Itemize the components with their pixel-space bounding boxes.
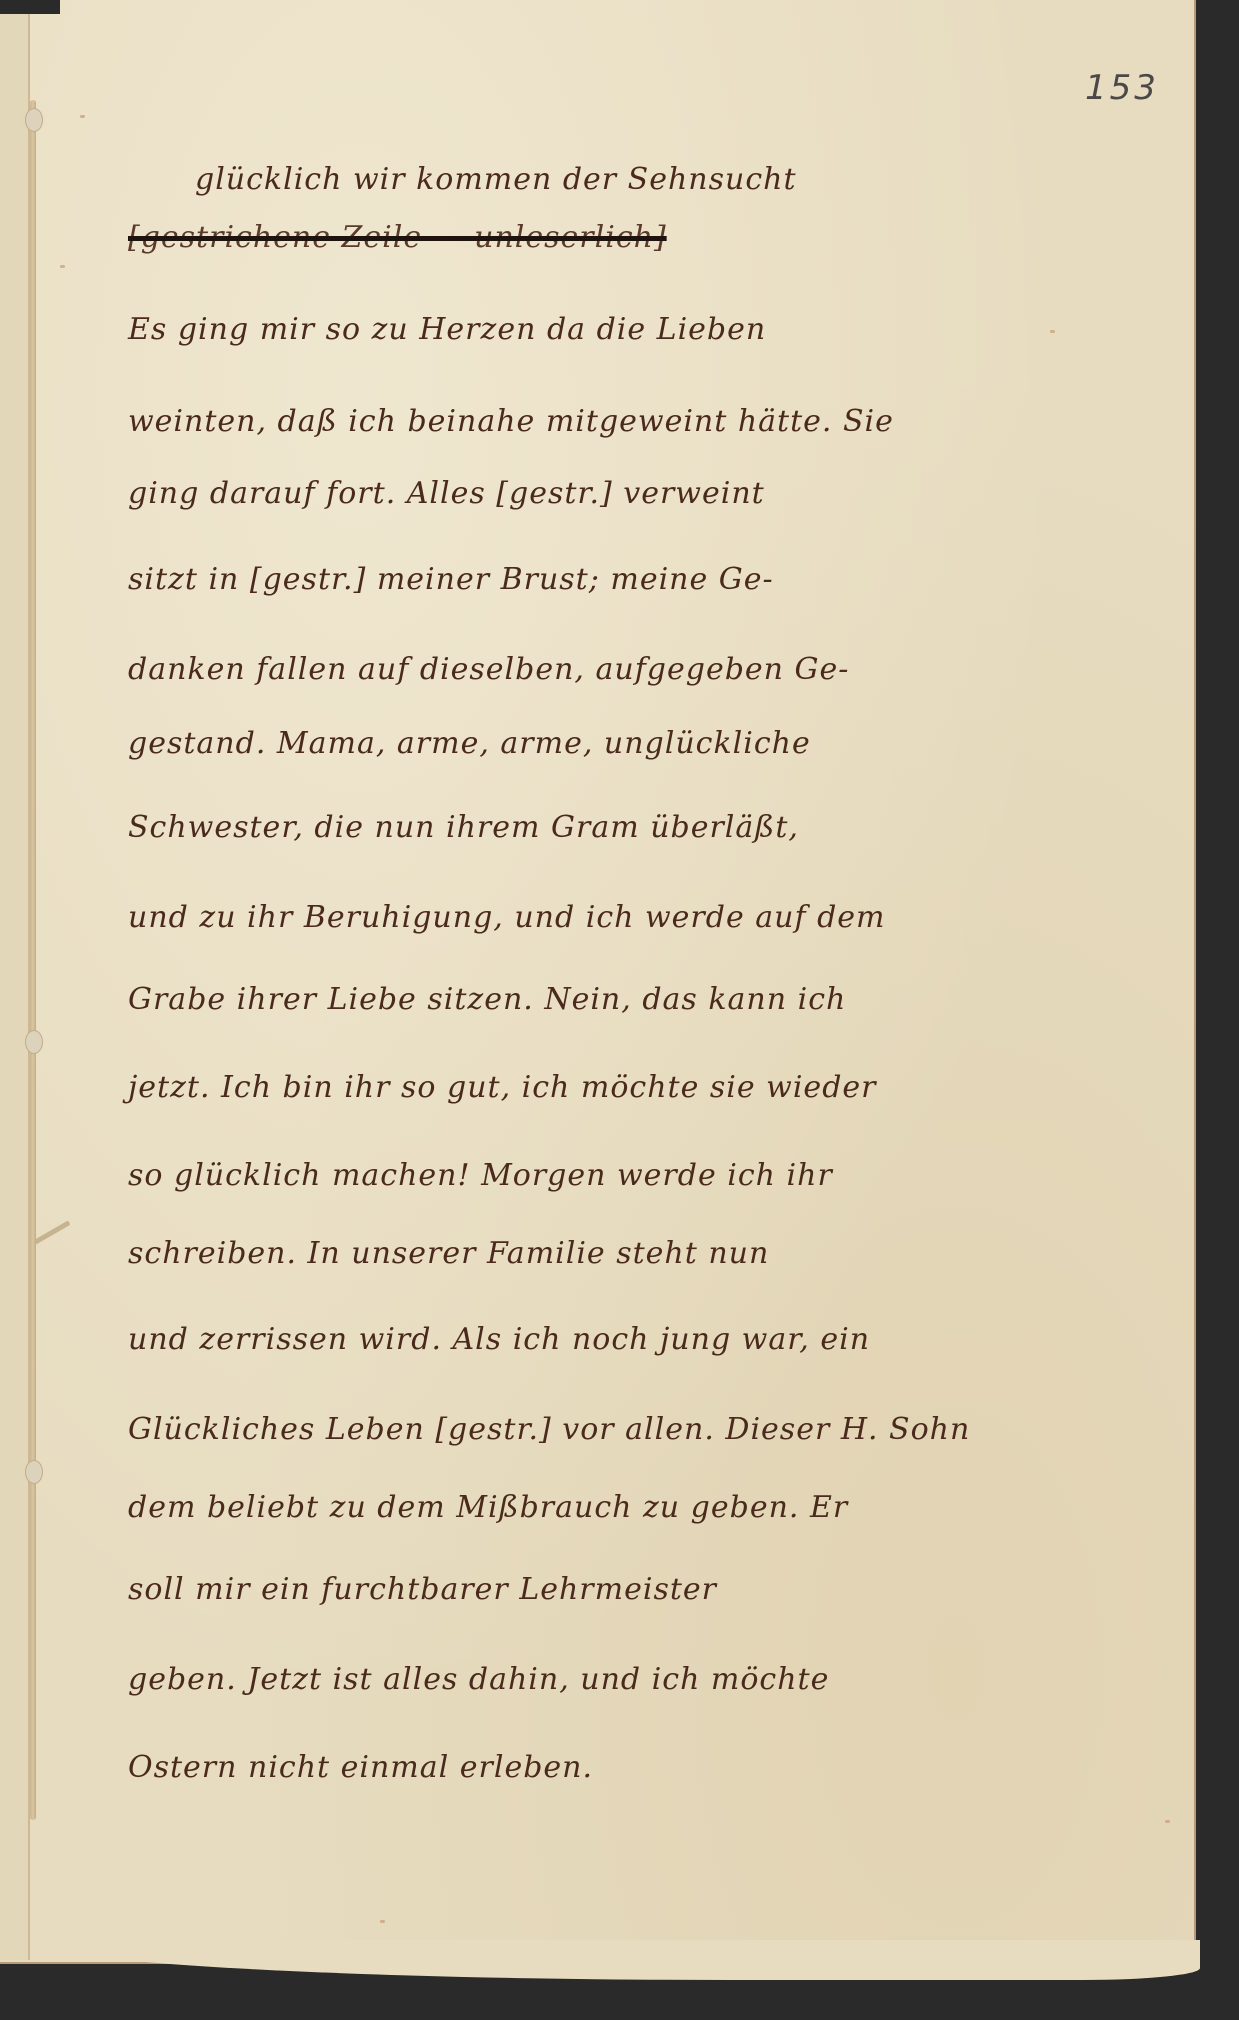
manuscript-line: gestand. Mama, arme, arme, unglückliche	[128, 726, 811, 761]
manuscript-line: soll mir ein furchtbarer Lehrmeister	[128, 1572, 717, 1607]
manuscript-line: Glückliches Leben [gestr.] vor allen. Di…	[128, 1412, 970, 1447]
manuscript-line: so glücklich machen! Morgen werde ich ih…	[128, 1158, 833, 1193]
binding-knot-icon	[25, 108, 43, 132]
manuscript-line: danken fallen auf dieselben, aufgegeben …	[128, 652, 849, 687]
manuscript-line: schreiben. In unserer Familie steht nun	[128, 1236, 769, 1271]
manuscript-line: und zu ihr Beruhigung, und ich werde auf…	[128, 900, 886, 935]
binding-gap	[0, 0, 60, 14]
paper-fleck	[1050, 330, 1055, 333]
manuscript-line: glücklich wir kommen der Sehnsucht	[195, 162, 797, 197]
manuscript-line: sitzt in [gestr.] meiner Brust; meine Ge…	[128, 562, 774, 597]
paper-fleck	[1165, 1820, 1170, 1823]
binding-knot-icon	[25, 1460, 43, 1484]
facing-page-edge	[0, 0, 30, 1960]
paper-fleck	[60, 265, 65, 268]
folio-number: 153	[1085, 68, 1159, 108]
binding-thread	[30, 100, 36, 1820]
paper-fleck	[380, 1920, 385, 1923]
manuscript-line: jetzt. Ich bin ihr so gut, ich möchte si…	[128, 1070, 877, 1105]
manuscript-line: Es ging mir so zu Herzen da die Lieben	[128, 312, 766, 347]
binding-knot-icon	[25, 1030, 43, 1054]
manuscript-line: Grabe ihrer Liebe sitzen. Nein, das kann…	[128, 982, 846, 1017]
paper-fleck	[80, 115, 85, 118]
manuscript-line: geben. Jetzt ist alles dahin, und ich mö…	[128, 1662, 829, 1697]
manuscript-line: Schwester, die nun ihrem Gram überläßt,	[128, 810, 799, 845]
manuscript-line: und zerrissen wird. Als ich noch jung wa…	[128, 1322, 870, 1357]
manuscript-line: Ostern nicht einmal erleben.	[128, 1750, 593, 1785]
manuscript-line: ging darauf fort. Alles [gestr.] verwein…	[128, 476, 765, 511]
manuscript-line: weinten, daß ich beinahe mitgeweint hätt…	[128, 404, 894, 439]
manuscript-line: dem beliebt zu dem Mißbrauch zu geben. E…	[128, 1490, 848, 1525]
struck-line: [gestrichene Zeile — unleserlich]	[128, 220, 667, 255]
page-bottom-edge	[30, 1940, 1200, 1980]
